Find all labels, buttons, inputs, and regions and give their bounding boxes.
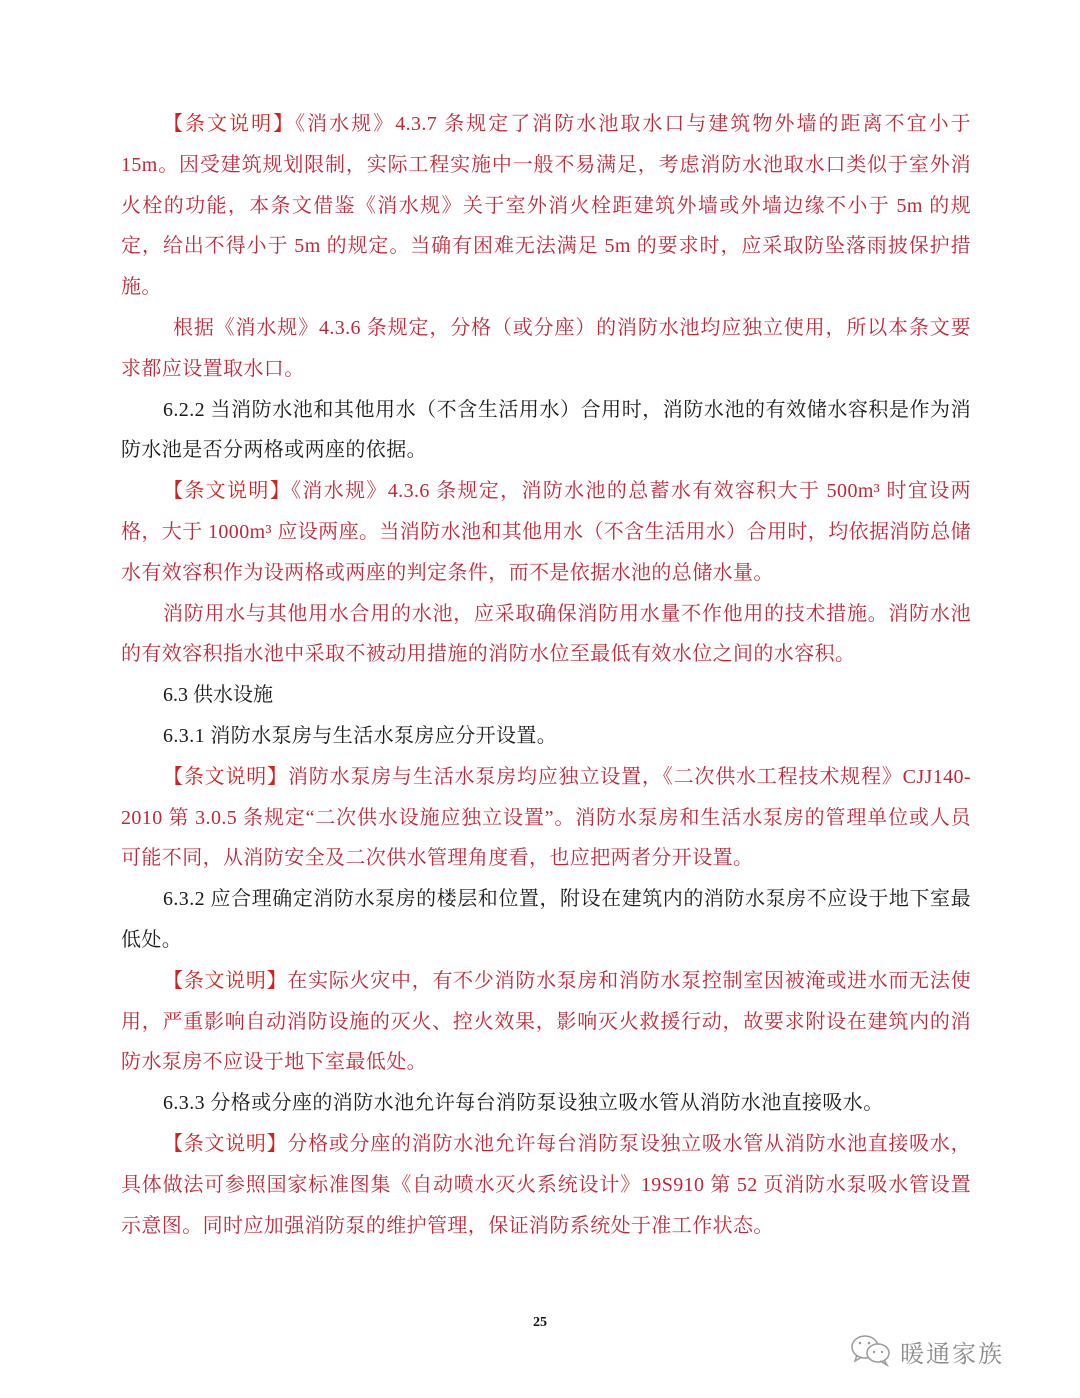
- note-text: 《消水规》4.3.7 条规定了消防水池取水口与建筑物外墙的距离不宜小于15m。因…: [121, 113, 971, 298]
- note-tag: 【条文说明】: [163, 1133, 287, 1155]
- clause-text: 6.2.2 当消防水池和其他用水（不含生活用水）合用时，消防水池的有效储水容积是…: [121, 399, 971, 462]
- section-heading-text: 6.3 供水设施: [163, 684, 273, 706]
- clause-paragraph: 6.2.2 当消防水池和其他用水（不含生活用水）合用时，消防水池的有效储水容积是…: [121, 390, 971, 472]
- note-tag: 【条文说明】: [163, 766, 288, 788]
- page-number: 25: [533, 1315, 547, 1331]
- clause-paragraph: 6.3.3 分格或分座的消防水池允许每台消防泵设独立吸水管从消防水池直接吸水。: [121, 1083, 971, 1124]
- note-paragraph: 【条文说明】分格或分座的消防水池允许每台消防泵设独立吸水管从消防水池直接吸水，具…: [121, 1124, 971, 1246]
- note-paragraph: 根据《消水规》4.3.6 条规定，分格（或分座）的消防水池均应独立使用，所以本条…: [121, 308, 971, 390]
- note-text: 根据《消水规》4.3.6 条规定，分格（或分座）的消防水池均应独立使用，所以本条…: [121, 317, 971, 380]
- note-paragraph: 【条文说明】《消水规》4.3.6 条规定，消防水池的总蓄水有效容积大于 500m…: [121, 471, 971, 593]
- note-paragraph: 【条文说明】《消水规》4.3.7 条规定了消防水池取水口与建筑物外墙的距离不宜小…: [121, 104, 971, 308]
- wechat-icon: [850, 1333, 894, 1369]
- note-paragraph: 消防用水与其他用水合用的水池，应采取确保消防用水量不作他用的技术措施。消防水池的…: [121, 594, 971, 676]
- note-text: 消防用水与其他用水合用的水池，应采取确保消防用水量不作他用的技术措施。消防水池的…: [121, 603, 971, 666]
- note-paragraph: 【条文说明】消防水泵房与生活水泵房均应独立设置，《二次供水工程技术规程》CJJ1…: [121, 757, 971, 879]
- clause-text: 6.3.1 消防水泵房与生活水泵房应分开设置。: [163, 725, 557, 747]
- clause-text: 6.3.2 应合理确定消防水泵房的楼层和位置，附设在建筑内的消防水泵房不应设于地…: [121, 888, 971, 951]
- watermark-label: 暖通家族: [900, 1334, 1004, 1369]
- clause-text: 6.3.3 分格或分座的消防水池允许每台消防泵设独立吸水管从消防水池直接吸水。: [163, 1092, 884, 1114]
- note-tag: 【条文说明】: [163, 113, 295, 135]
- note-tag: 【条文说明】: [163, 970, 287, 992]
- section-heading: 6.3 供水设施: [121, 675, 971, 716]
- note-tag: 【条文说明】: [163, 480, 291, 502]
- clause-paragraph: 6.3.1 消防水泵房与生活水泵房应分开设置。: [121, 716, 971, 757]
- document-page: 【条文说明】《消水规》4.3.7 条规定了消防水池取水口与建筑物外墙的距离不宜小…: [121, 104, 971, 1246]
- note-paragraph: 【条文说明】在实际火灾中，有不少消防水泵房和消防水泵控制室因被淹或进水而无法使用…: [121, 961, 971, 1083]
- clause-paragraph: 6.3.2 应合理确定消防水泵房的楼层和位置，附设在建筑内的消防水泵房不应设于地…: [121, 879, 971, 961]
- watermark: 暖通家族: [850, 1333, 1004, 1369]
